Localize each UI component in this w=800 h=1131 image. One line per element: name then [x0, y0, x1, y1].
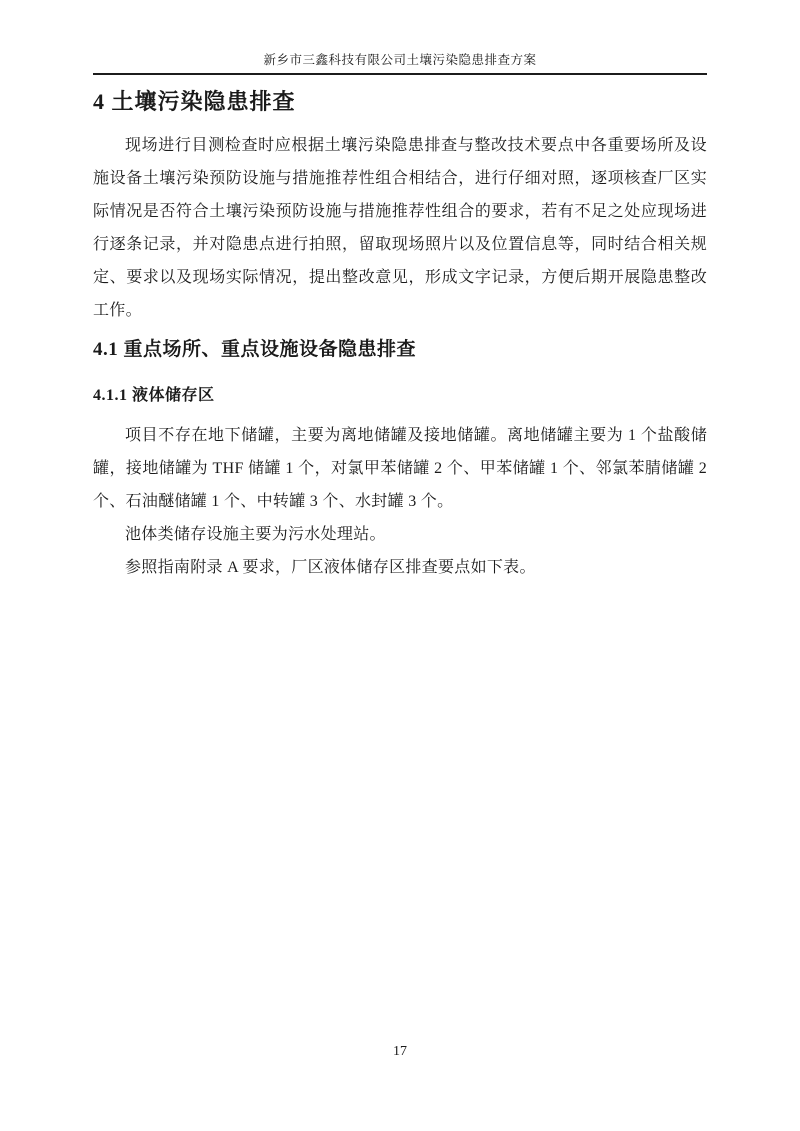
paragraph-storage-tanks: 项目不存在地下储罐，主要为离地储罐及接地储罐。离地储罐主要为 1 个盐酸储罐，接… [93, 419, 707, 518]
header-title: 新乡市三鑫科技有限公司土壤污染隐患排查方案 [93, 52, 707, 68]
section-heading-4-1-1: 4.1.1 液体储存区 [93, 385, 707, 407]
page-number: 17 [393, 1044, 407, 1059]
page-footer: 17 [0, 1042, 800, 1060]
document-body: 4 土壤污染隐患排查 现场进行目测检查时应根据土壤污染隐患排查与整改技术要点中各… [93, 87, 707, 584]
paragraph-pool-facilities: 池体类储存设施主要为污水处理站。 [93, 518, 707, 551]
section-heading-4: 4 土壤污染隐患排查 [93, 87, 707, 117]
paragraph-appendix-reference: 参照指南附录 A 要求，厂区液体储存区排查要点如下表。 [93, 551, 707, 584]
paragraph-inspection-intro: 现场进行目测检查时应根据土壤污染隐患排查与整改技术要点中各重要场所及设施设备土壤… [93, 129, 707, 327]
section-heading-4-1: 4.1 重点场所、重点设施设备隐患排查 [93, 337, 707, 363]
document-page: 新乡市三鑫科技有限公司土壤污染隐患排查方案 4 土壤污染隐患排查 现场进行目测检… [0, 0, 800, 1131]
page-header: 新乡市三鑫科技有限公司土壤污染隐患排查方案 [93, 0, 707, 75]
